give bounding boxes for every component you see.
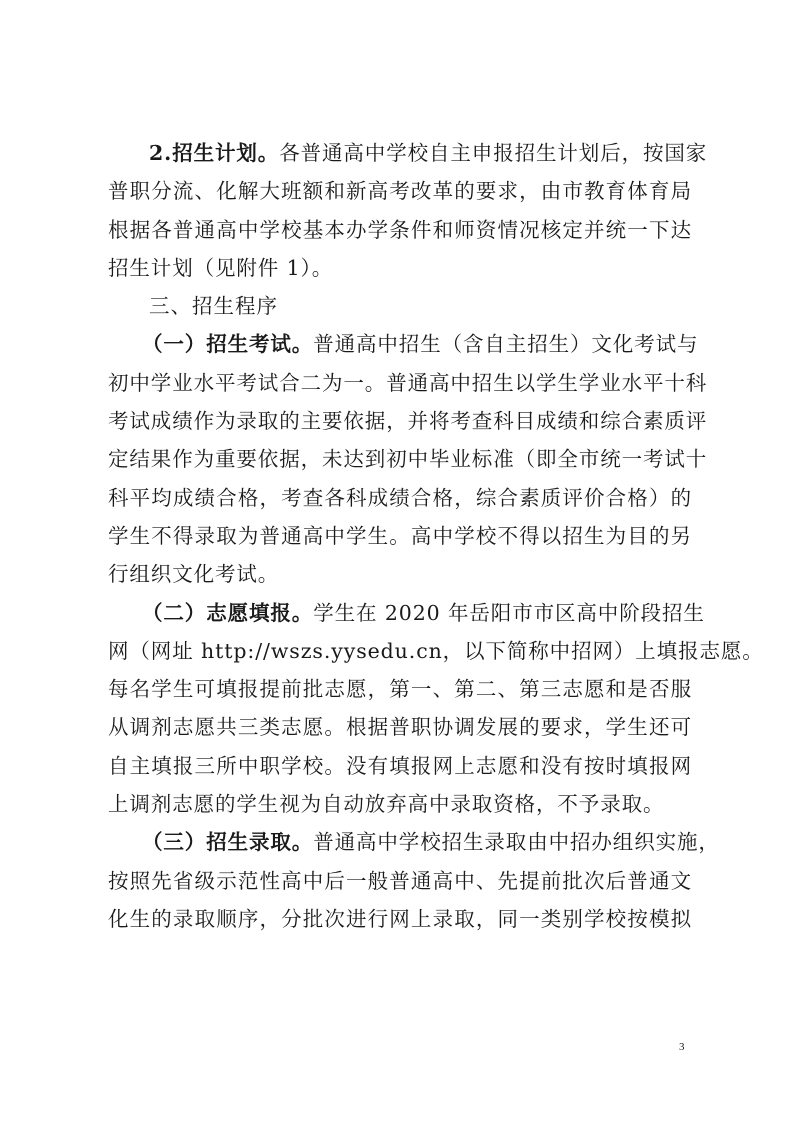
paragraph-line: 科平均成绩合格，考查各科成绩合格，综合素质评价合格）的 [108, 479, 692, 517]
paragraph-line: 化生的录取顺序，分批次进行网上录取，同一类别学校按模拟 [108, 900, 692, 938]
paragraph-line: 根据各普通高中学校基本办学条件和师资情况核定并统一下达 [108, 211, 692, 249]
page-number: 3 [679, 1041, 685, 1053]
paragraph-plan-line-1: 2.招生计划。各普通高中学校自主申报招生计划后，按国家 [108, 134, 692, 172]
paragraph-line: 从调剂志愿共三类志愿。根据普职协调发展的要求，学生还可 [108, 708, 692, 746]
paragraph-line: 行组织文化考试。 [108, 555, 692, 593]
paragraph-lead: （一）招生考试。 [142, 332, 313, 356]
paragraph-lead: 2.招生计划。 [149, 141, 279, 165]
paragraph-line: 自主填报三所中职学校。没有填报网上志愿和没有按时填报网 [108, 747, 692, 785]
section-heading: 三、招生程序 [108, 287, 692, 325]
paragraph-line: 每名学生可填报提前批志愿，第一、第二、第三志愿和是否服 [108, 670, 692, 708]
paragraph-line: 考试成绩作为录取的主要依据，并将考查科目成绩和综合素质评 [108, 402, 692, 440]
paragraph-lead: （二）志愿填报。 [142, 601, 313, 625]
paragraph-lead: （三）招生录取。 [142, 830, 313, 854]
paragraph-exam-line-1: （一）招生考试。普通高中招生（含自主招生）文化考试与 [108, 325, 692, 363]
document-page: 2.招生计划。各普通高中学校自主申报招生计划后，按国家 普职分流、化解大班额和新… [108, 134, 692, 938]
paragraph-application-line-1: （二）志愿填报。学生在 2020 年岳阳市市区高中阶段招生 [108, 594, 692, 632]
paragraph-line: 招生计划（见附件 1）。 [108, 249, 692, 287]
paragraph-line: 初中学业水平考试合二为一。普通高中招生以学生学业水平十科 [108, 364, 692, 402]
paragraph-line: 学生不得录取为普通高中学生。高中学校不得以招生为目的另 [108, 517, 692, 555]
paragraph-line: 定结果作为重要依据，未达到初中毕业标准（即全市统一考试十 [108, 440, 692, 478]
paragraph-admission-line-1: （三）招生录取。普通高中学校招生录取由中招办组织实施， [108, 823, 692, 861]
paragraph-line-with-url: 网（网址 http://wszs.yysedu.cn，以下简称中招网）上填报志愿… [108, 632, 692, 670]
paragraph-line: 按照先省级示范性高中后一般普通高中、先提前批次后普通文 [108, 862, 692, 900]
paragraph-line: 上调剂志愿的学生视为自动放弃高中录取资格，不予录取。 [108, 785, 692, 823]
paragraph-line: 普职分流、化解大班额和新高考改革的要求，由市教育体育局 [108, 172, 692, 210]
